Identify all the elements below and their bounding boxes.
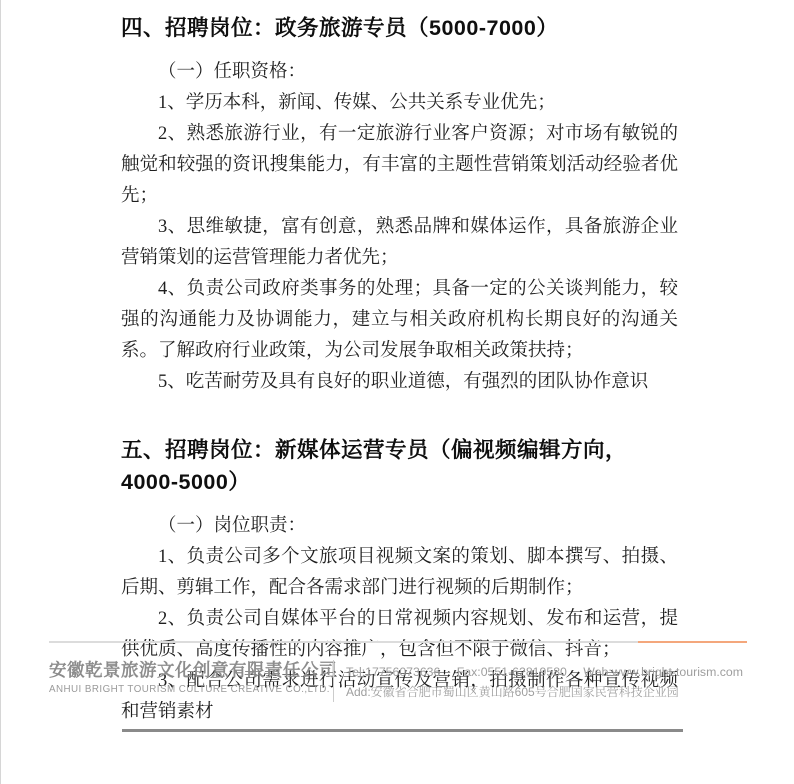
requirement-item: 2、熟悉旅游行业，有一定旅游行业客户资源；对市场有敏锐的触觉和较强的资讯搜集能力… — [121, 119, 678, 212]
section-subheading: （一）岗位职责： — [121, 511, 678, 542]
document-body: 四、招聘岗位：政务旅游专员（5000-7000） （一）任职资格： 1、学历本科… — [121, 12, 678, 728]
footer-bottom-rule — [122, 729, 683, 732]
duty-item: 2、负责公司自媒体平台的日常视频内容规划、发布和运营，提供优质、高度传播性的内容… — [121, 604, 678, 666]
fax-number: Fax:0551-62819580 — [457, 665, 567, 679]
requirement-item: 3、思维敏捷，富有创意，熟悉品牌和媒体运作，具备旅游企业营销策划的运营管理能力者… — [121, 212, 678, 274]
section-subheading: （一）任职资格： — [121, 57, 678, 88]
website-url: Web:www.bright-tourism.com — [583, 665, 743, 679]
footer-top-rule — [49, 641, 747, 643]
contact-row-primary: Tel:17756073636 Fax:0551-62819580 Web:ww… — [346, 664, 686, 680]
contact-row-address: Add:安徽省合肥市蜀山区黄山路605号合肥国家民营科技企业园 — [346, 684, 686, 700]
requirement-item: 4、负责公司政府类事务的处理；具备一定的公关谈判能力，较强的沟通能力及协调能力，… — [121, 274, 678, 367]
telephone-number: Tel:17756073636 — [346, 665, 440, 679]
company-name-cn: 安徽乾景旅游文化创意有限责任公司 — [49, 659, 329, 681]
section-heading: 五、招聘岗位：新媒体运营专员（偏视频编辑方向，4000-5000） — [121, 434, 678, 498]
duty-item: 1、负责公司多个文旅项目视频文案的策划、脚本撰写、拍摄、后期、剪辑工作，配合各需… — [121, 542, 678, 604]
requirement-item: 1、学历本科，新闻、传媒、公共关系专业优先； — [121, 88, 678, 119]
footer-vertical-divider — [333, 660, 334, 702]
footer-rule-orange-segment — [638, 641, 747, 643]
company-address: Add:安徽省合肥市蜀山区黄山路605号合肥国家民营科技企业园 — [346, 685, 679, 699]
requirement-item: 5、吃苦耐劳及具有良好的职业道德，有强烈的团队协作意识 — [121, 367, 678, 398]
section-heading: 四、招聘岗位：政务旅游专员（5000-7000） — [121, 12, 678, 44]
company-name-en: ANHUI BRIGHT TOURISM CULTURE CREATIVE CO… — [49, 684, 329, 695]
footer-rule-gray-segment — [49, 641, 638, 643]
document-page: 四、招聘岗位：政务旅游专员（5000-7000） （一）任职资格： 1、学历本科… — [0, 0, 794, 784]
section-position-4: 四、招聘岗位：政务旅游专员（5000-7000） （一）任职资格： 1、学历本科… — [121, 12, 678, 398]
contact-block: Tel:17756073636 Fax:0551-62819580 Web:ww… — [346, 664, 686, 700]
company-block: 安徽乾景旅游文化创意有限责任公司 ANHUI BRIGHT TOURISM CU… — [49, 659, 329, 695]
